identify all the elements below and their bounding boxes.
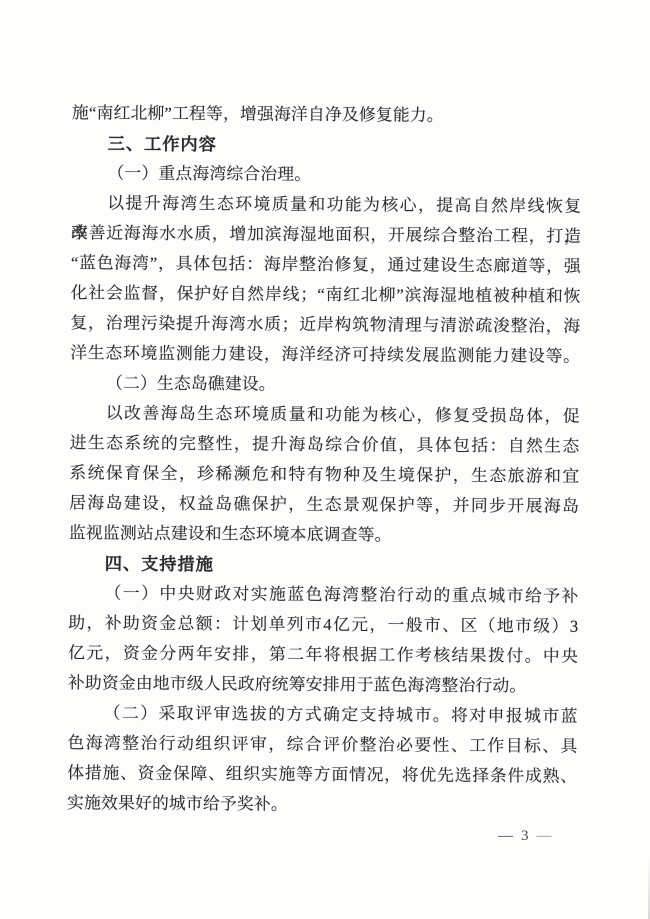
subsection-heading: （二）生态岛礁建设。 xyxy=(70,368,580,402)
body-line: 补助资金由地市级人民政府统筹安排用于蓝色海湾整治行动。 xyxy=(68,668,578,702)
subsection-heading: （一）重点海湾综合治理。 xyxy=(71,158,581,192)
body-line: （一）中央财政对实施蓝色海湾整治行动的重点城市给予补 xyxy=(68,578,578,612)
body-line: 化社会监督，保护好自然岸线；“南红北柳”滨海湿地植被种植和恢 xyxy=(71,278,581,312)
body-line: 体措施、资金保障、组织实施等方面情况，将优先选择条件成熟、 xyxy=(67,758,577,792)
document-text-block: 施“南红北柳”工程等，增强海洋自净及修复能力。 三、工作内容 （一）重点海湾综合… xyxy=(67,98,582,822)
body-line: 实施效果好的城市给予奖补。 xyxy=(67,788,577,822)
body-line: 居海岛建设，权益岛礁保护，生态景观保护等，并同步开展海岛 xyxy=(69,488,579,522)
body-line: 施“南红北柳”工程等，增强海洋自净及修复能力。 xyxy=(72,98,582,132)
body-line: 系统保育保全，珍稀濒危和特有物种及生境保护，生态旅游和宜 xyxy=(69,458,579,492)
section-heading: 四、支持措施 xyxy=(69,548,579,582)
page-number: — 3 — xyxy=(498,824,552,848)
body-line: 改善近海海水水质，增加滨海湿地面积，开展综合整治工程，打造 xyxy=(71,218,581,252)
page-number-dash-left: — xyxy=(498,828,513,845)
body-line: （二）采取评审选拔的方式确定支持城市。将对申报城市蓝 xyxy=(68,698,578,732)
body-line: 进生态系统的完整性，提升海岛综合价值，具体包括：自然生态 xyxy=(69,428,579,462)
page-number-value: 3 xyxy=(521,828,529,845)
body-line: 以提升海湾生态环境质量和功能为核心，提高自然岸线恢复率， xyxy=(71,188,581,222)
body-line: 以改善海岛生态环境质量和功能为核心，修复受损岛体，促 xyxy=(70,398,580,432)
page-number-dash-right: — xyxy=(537,828,552,845)
body-line: 复，治理污染提升海湾水质；近岸构筑物清理与清淤疏浚整治，海 xyxy=(70,308,580,342)
body-line: 色海湾整治行动组织评审，综合评价整治必要性、工作目标、具 xyxy=(67,728,577,762)
body-line: 助，补助资金总额：计划单列市4亿元，一般市、区（地市级）3 xyxy=(68,608,578,642)
body-line: “蓝色海湾”，具体包括：海岸整治修复，通过建设生态廊道等，强 xyxy=(71,248,581,282)
body-line: 监视监测站点建设和生态环境本底调查等。 xyxy=(69,518,579,552)
body-line: 洋生态环境监测能力建设，海洋经济可持续发展监测能力建设等。 xyxy=(70,338,580,372)
body-line: 亿元，资金分两年安排，第二年将根据工作考核结果拨付。中央 xyxy=(68,638,578,672)
document-page: 施“南红北柳”工程等，增强海洋自净及修复能力。 三、工作内容 （一）重点海湾综合… xyxy=(0,0,650,919)
section-heading: 三、工作内容 xyxy=(72,128,582,162)
